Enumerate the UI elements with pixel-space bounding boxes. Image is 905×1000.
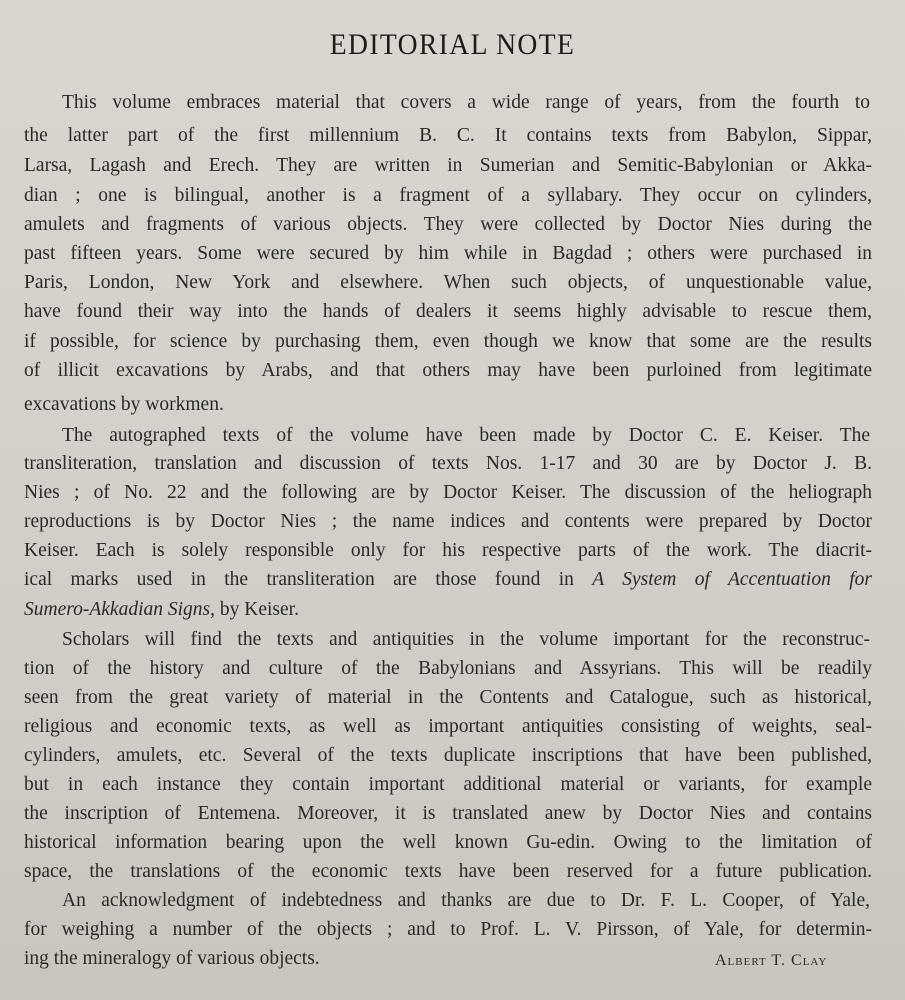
text-line: have found their way into the hands of d… — [24, 300, 872, 324]
text-line: but in each instance they contain import… — [24, 773, 872, 797]
text-line: amulets and fragments of various objects… — [24, 213, 872, 237]
author-signature: Albert T. Clay — [715, 952, 827, 970]
text-line: Nies ; of No. 22 and the following are b… — [24, 481, 872, 505]
text-line: the inscription of Entemena. Moreover, i… — [24, 802, 872, 826]
text-line: Scholars will find the texts and antiqui… — [62, 628, 870, 652]
text-line: Larsa, Lagash and Erech. They are writte… — [24, 154, 872, 178]
document-page: EDITORIAL NOTE This volume embraces mate… — [0, 0, 905, 1000]
text-line: transliteration, translation and discuss… — [24, 452, 872, 476]
text-segment: ical marks used in the transliteration a… — [24, 569, 574, 590]
text-line: the latter part of the first millennium … — [24, 124, 872, 148]
text-line: reproductions is by Doctor Nies ; the na… — [24, 510, 872, 534]
text-line: seen from the great variety of material … — [24, 686, 872, 710]
text-line: Keiser. Each is solely responsible only … — [24, 539, 872, 563]
text-line: space, the translations of the economic … — [24, 860, 872, 884]
text-line: cylinders, amulets, etc. Several of the … — [24, 744, 872, 768]
text-line: religious and economic texts, as well as… — [24, 715, 872, 739]
text-line: of illicit excavations by Arabs, and tha… — [24, 359, 872, 383]
page-title: EDITORIAL NOTE — [36, 28, 869, 62]
text-line: historical information bearing upon the … — [24, 831, 872, 855]
text-line: dian ; one is bilingual, another is a fr… — [24, 184, 872, 208]
text-line: excavations by workmen. — [24, 393, 872, 417]
book-title-italic: A System of Accentuation for — [592, 569, 872, 590]
text-line-with-italic: Sumero-Akkadian Signs, by Keiser. — [24, 598, 872, 622]
text-line: The autographed texts of the volume have… — [62, 424, 870, 448]
text-line: An acknowledgment of indebtedness and th… — [62, 889, 870, 913]
text-line: Paris, London, New York and elsewhere. W… — [24, 271, 872, 295]
text-line: tion of the history and culture of the B… — [24, 657, 872, 681]
text-line-with-italic: ical marks used in the transliteration a… — [24, 568, 872, 592]
text-segment: , by Keiser. — [210, 599, 299, 620]
text-line: This volume embraces material that cover… — [62, 91, 870, 115]
text-line: past fifteen years. Some were secured by… — [24, 242, 872, 266]
text-line: if possible, for science by purchasing t… — [24, 330, 872, 354]
text-line: for weighing a number of the objects ; a… — [24, 918, 872, 942]
book-title-italic: Sumero-Akkadian Signs — [24, 599, 210, 620]
